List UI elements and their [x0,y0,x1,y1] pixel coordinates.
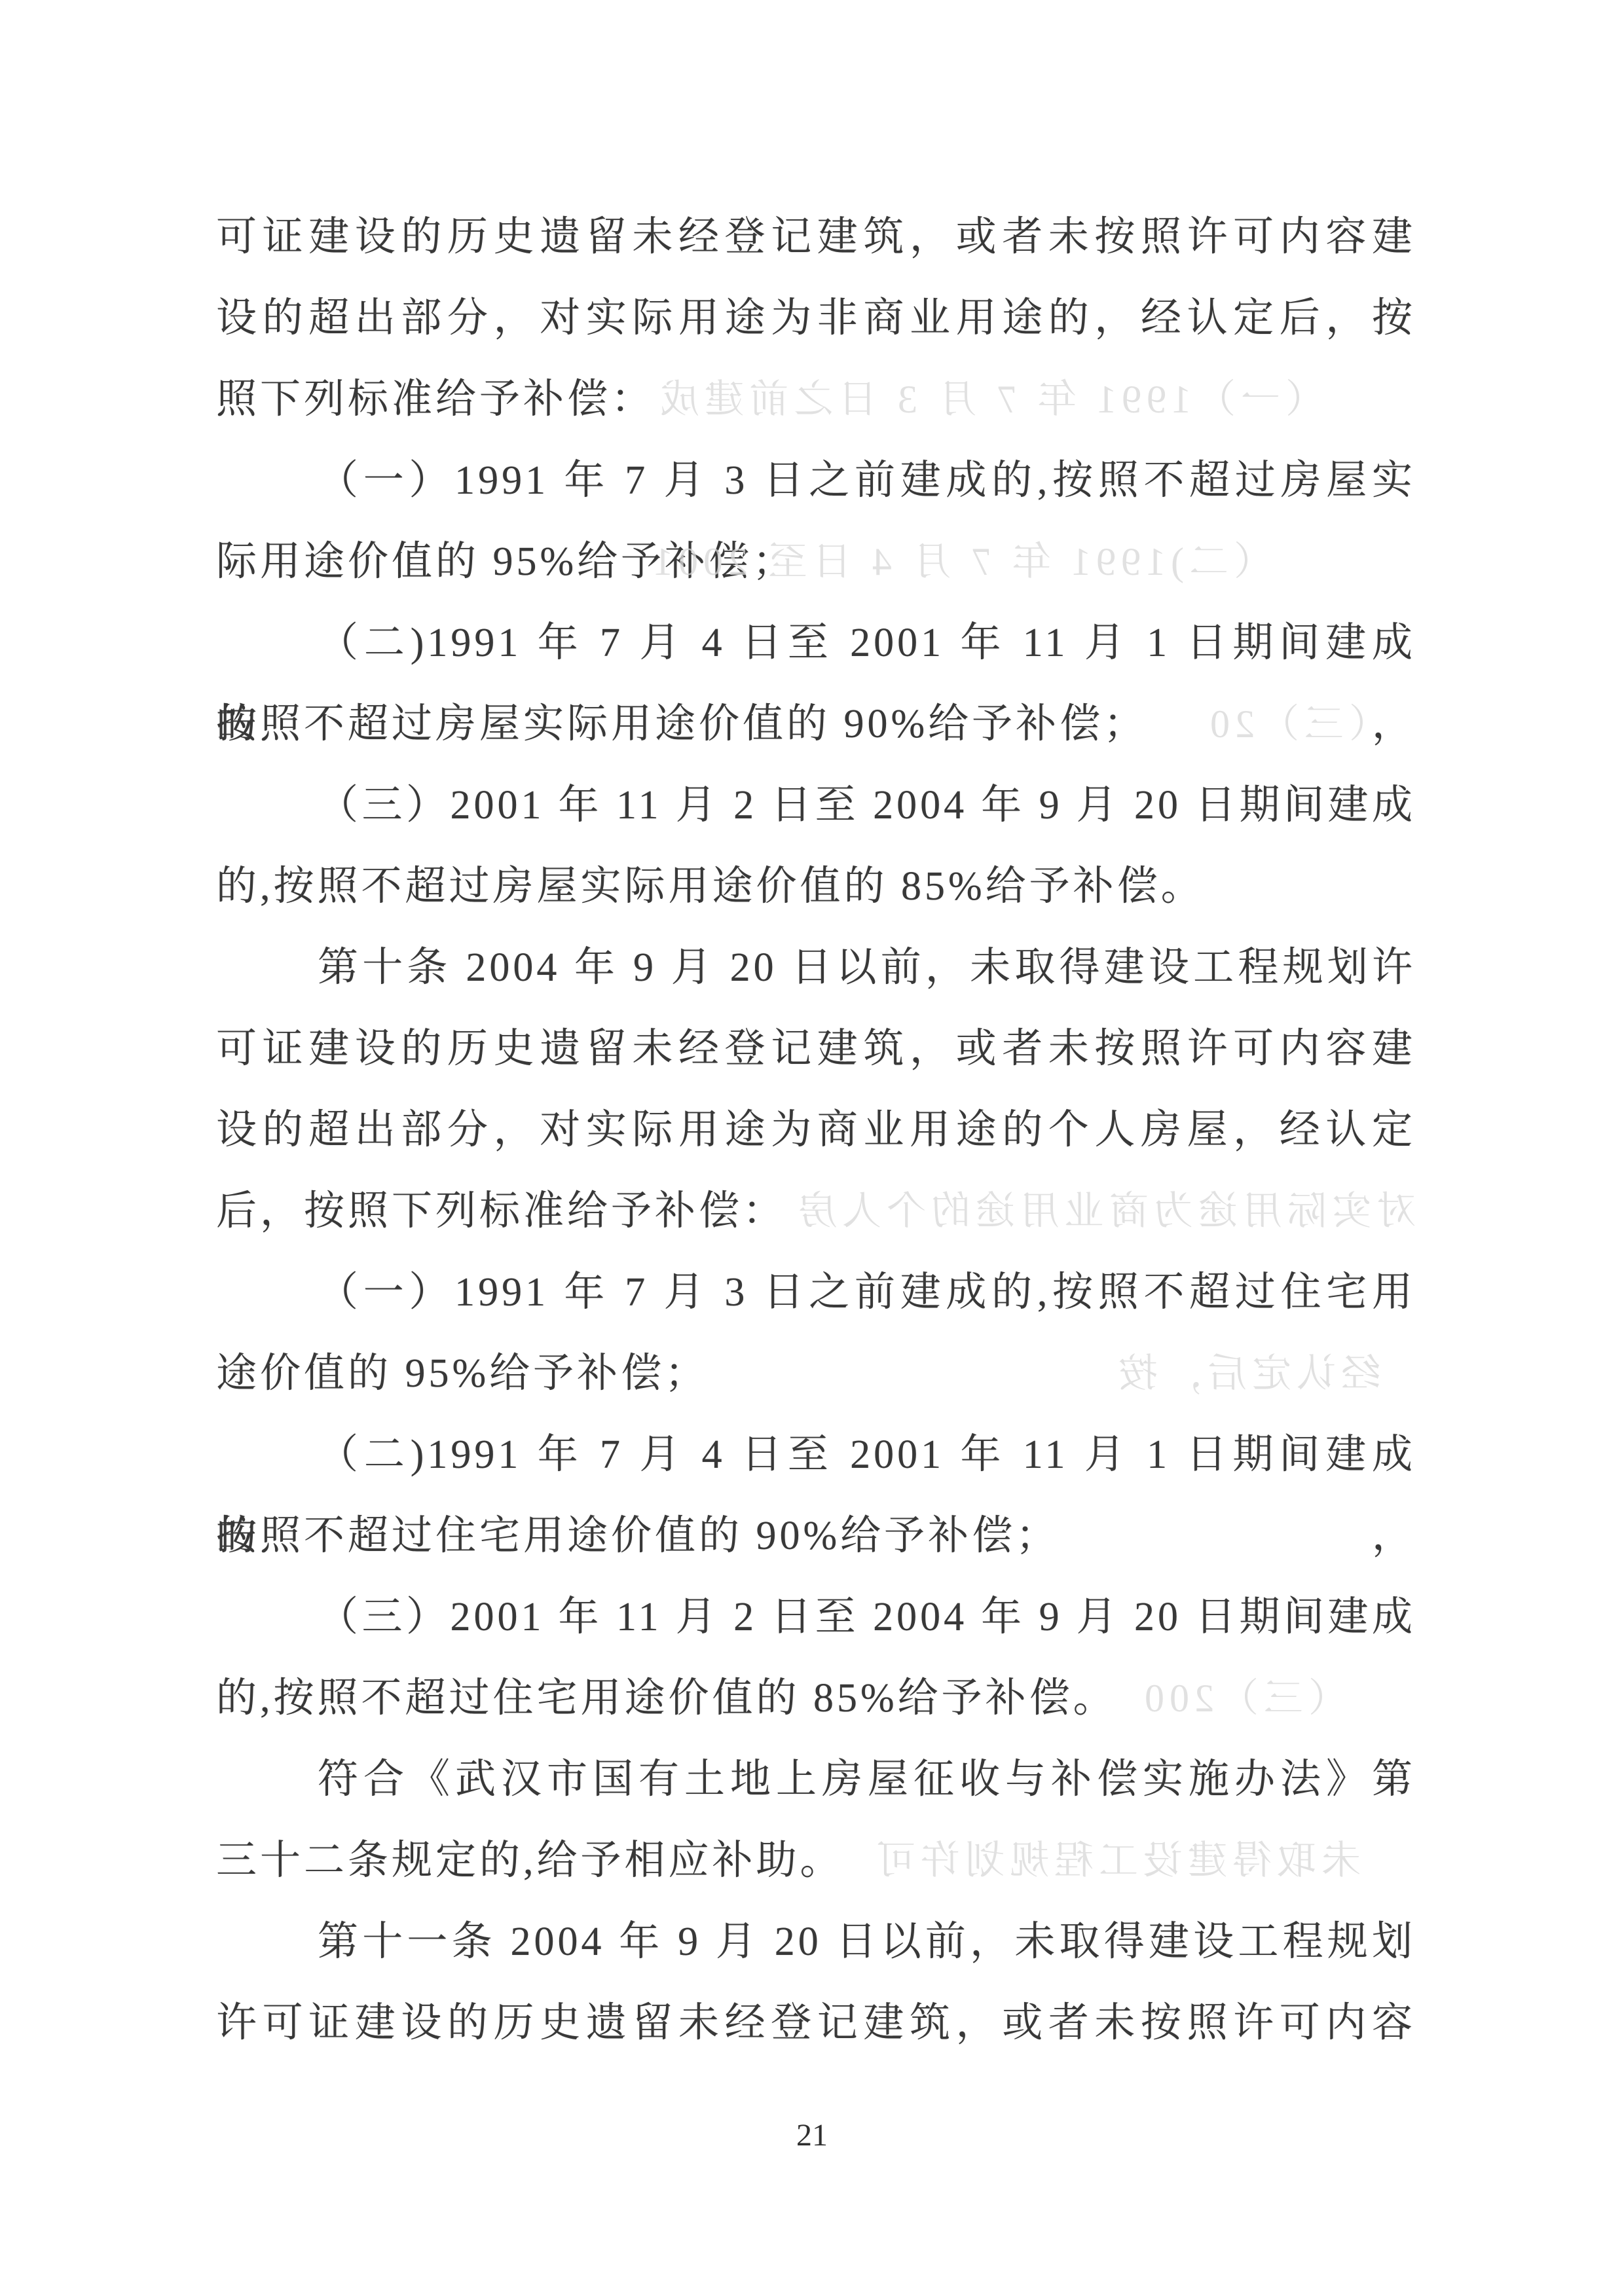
text-line: 途价值的 95%给予补偿； [216,1333,1416,1414]
text-line: 设的超出部分，对实际用途为商业用途的个人房屋，经认定 [216,1089,1416,1171]
text-line: 可证建设的历史遗留未经登记建筑，或者未按照许可内容建 [216,1008,1416,1089]
text-line: 际用途价值的 95%给予补偿； [216,521,1416,602]
document-body-text: 可证建设的历史遗留未经登记建筑，或者未按照许可内容建 设的超出部分，对实际用途为… [216,196,1416,2064]
text-line: 后，按照下列标准给予补偿： [216,1171,1416,1252]
page-number: 21 [0,2116,1624,2155]
text-line: 第十一条 2004 年 9 月 20 日以前，未取得建设工程规划 [216,1901,1416,1982]
text-line: （二)1991 年 7 月 4 日至 2001 年 11 月 1 日期间建成的， [216,1414,1416,1495]
text-line: 的,按照不超过住宅用途价值的 85%给予补偿。 [216,1658,1416,1739]
text-line: 的,按照不超过房屋实际用途价值的 85%给予补偿。 [216,846,1416,927]
document-page: 可证建设的历史遗留未经登记建筑，或者未按照许可内容建 设的超出部分，对实际用途为… [0,0,1624,2296]
text-line: 许可证建设的历史遗留未经登记建筑，或者未按照许可内容 [216,1982,1416,2064]
text-line: 可证建设的历史遗留未经登记建筑，或者未按照许可内容建 [216,196,1416,278]
text-line: 照下列标准给予补偿： [216,359,1416,440]
text-line: （一）1991 年 7 月 3 日之前建成的,按照不超过房屋实 [216,440,1416,521]
text-line: 第十条 2004 年 9 月 20 日以前，未取得建设工程规划许 [216,927,1416,1008]
text-line: （二)1991 年 7 月 4 日至 2001 年 11 月 1 日期间建成的， [216,602,1416,683]
text-line: （三）2001 年 11 月 2 日至 2004 年 9 月 20 日期间建成 [216,1576,1416,1658]
text-line: （一）1991 年 7 月 3 日之前建成的,按照不超过住宅用 [216,1252,1416,1333]
text-line: （三）2001 年 11 月 2 日至 2004 年 9 月 20 日期间建成 [216,765,1416,846]
text-line: 三十二条规定的,给予相应补助。 [216,1820,1416,1901]
text-line: 设的超出部分，对实际用途为非商业用途的，经认定后，按 [216,278,1416,359]
text-line: 符合《武汉市国有土地上房屋征收与补偿实施办法》第 [216,1739,1416,1820]
